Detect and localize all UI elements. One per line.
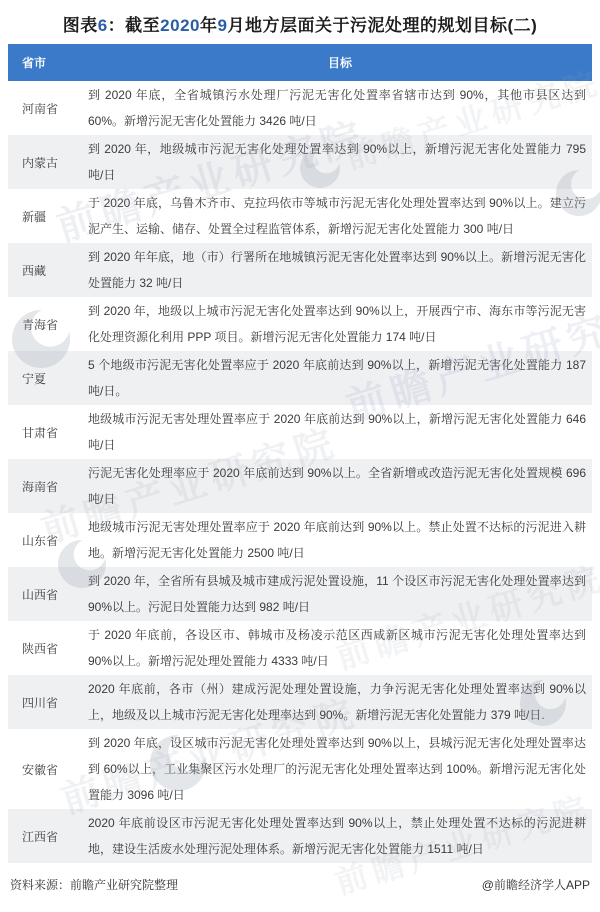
title-text: 年 bbox=[200, 16, 218, 35]
table-row: 河南省到 2020 年底，全省城镇污水处理厂污泥无害化处置率省辖市达到 90%，… bbox=[8, 81, 592, 135]
table-row: 安徽省到 2020 年底，设区城市污泥无害化处理处置率达到 90%以上，县城污泥… bbox=[8, 729, 592, 809]
province-cell: 河南省 bbox=[8, 100, 88, 117]
page-title: 图表6：截至2020年9月地方层面关于污泥处理的规划目标(二) bbox=[0, 0, 600, 44]
table-body: 河南省到 2020 年底，全省城镇污水处理厂污泥无害化处置率省辖市达到 90%，… bbox=[8, 81, 592, 863]
goals-table: 省市 目标 河南省到 2020 年底，全省城镇污水处理厂污泥无害化处置率省辖市达… bbox=[8, 44, 592, 863]
goal-cell: 于 2020 年底，乌鲁木齐市、克拉玛依市等城市污泥无害化处理处置率达到 90%… bbox=[88, 189, 592, 243]
goal-cell: 到 2020 年，地级以上城市污泥无害化处置率达到 90%以上，开展西宁市、海东… bbox=[88, 297, 592, 351]
province-cell: 青海省 bbox=[8, 316, 88, 333]
goal-cell: 到 2020 年年底，地（市）行署所在地城镇污泥无害化处置率达到 90%以上。新… bbox=[88, 243, 592, 297]
table-row: 江西省2020 年底前设区市污泥无害化处理处置率达到 90%以上，禁止处理处置不… bbox=[8, 809, 592, 863]
province-cell: 江西省 bbox=[8, 828, 88, 845]
province-cell: 四川省 bbox=[8, 694, 88, 711]
table-row: 甘肃省地级城市污泥无害处理处置率应于 2020 年底前达到 90%以上，新增污泥… bbox=[8, 405, 592, 459]
province-cell: 山东省 bbox=[8, 532, 88, 549]
footer: 资料来源：前瞻产业研究院整理 @前瞻经济学人APP bbox=[10, 863, 590, 893]
goal-cell: 5 个地级市污泥无害化处置率应于 2020 年底前达到 90%以上，新增污泥无害… bbox=[88, 351, 592, 405]
goal-cell: 到 2020 年，全省所有县城及城市建成污泥处置设施，11 个设区市污泥无害化处… bbox=[88, 567, 592, 621]
table-row: 内蒙古到 2020 年，地级城市污泥无害化处理处置率达到 90%以上，新增污泥无… bbox=[8, 135, 592, 189]
province-cell: 新疆 bbox=[8, 208, 88, 225]
title-text: 月地方层面关于污泥处理的规划目标(二) bbox=[227, 16, 537, 35]
province-cell: 宁夏 bbox=[8, 370, 88, 387]
title-number: 9 bbox=[218, 16, 228, 35]
header-cell-province: 省市 bbox=[8, 54, 88, 71]
table-header-row: 省市 目标 bbox=[8, 44, 592, 81]
title-number: 2020 bbox=[160, 16, 200, 35]
goal-cell: 污泥无害化处理率应于 2020 年底前达到 90%以上。全省新增或改造污泥无害化… bbox=[88, 459, 592, 513]
title-text: ：截至 bbox=[108, 16, 161, 35]
province-cell: 甘肃省 bbox=[8, 424, 88, 441]
table-row: 陕西省于 2020 年底前，各设区市、韩城市及杨凌示范区西咸新区城市污泥无害化处… bbox=[8, 621, 592, 675]
province-cell: 山西省 bbox=[8, 586, 88, 603]
goal-cell: 地级城市污泥无害处理处置率应于 2020 年底前达到 90%以上，新增污泥无害化… bbox=[88, 405, 592, 459]
goal-cell: 到 2020 年，地级城市污泥无害化处理处置率达到 90%以上，新增污泥无害化处… bbox=[88, 135, 592, 189]
title-text: 图表 bbox=[63, 16, 98, 35]
table-row: 新疆于 2020 年底，乌鲁木齐市、克拉玛依市等城市污泥无害化处理处置率达到 9… bbox=[8, 189, 592, 243]
table-row: 青海省到 2020 年，地级以上城市污泥无害化处置率达到 90%以上，开展西宁市… bbox=[8, 297, 592, 351]
province-cell: 西藏 bbox=[8, 262, 88, 279]
goal-cell: 到 2020 年底，全省城镇污水处理厂污泥无害化处置率省辖市达到 90%，其他市… bbox=[88, 81, 592, 135]
goal-cell: 2020 年底前设区市污泥无害化处理处置率达到 90%以上，禁止处理处置不达标的… bbox=[88, 809, 592, 863]
title-number: 6 bbox=[98, 16, 108, 35]
source-note: 资料来源：前瞻产业研究院整理 bbox=[10, 876, 178, 893]
header-cell-goal: 目标 bbox=[88, 54, 592, 71]
table-row: 山东省地级城市污泥无害处理处置率应于 2020 年底前达到 90%以上。禁止处置… bbox=[8, 513, 592, 567]
province-cell: 海南省 bbox=[8, 478, 88, 495]
table-row: 四川省2020 年底前，各市（州）建成污泥处理处置设施，力争污泥无害化处理处置率… bbox=[8, 675, 592, 729]
goal-cell: 地级城市污泥无害处理处置率应于 2020 年底前达到 90%以上。禁止处置不达标… bbox=[88, 513, 592, 567]
goal-cell: 到 2020 年底，设区城市污泥无害化处理处置率达到 90%以上，县城污泥无害化… bbox=[88, 729, 592, 809]
goal-cell: 于 2020 年底前，各设区市、韩城市及杨凌示范区西咸新区城市污泥无害化处理处置… bbox=[88, 621, 592, 675]
province-cell: 安徽省 bbox=[8, 761, 88, 778]
table-row: 宁夏5 个地级市污泥无害化处置率应于 2020 年底前达到 90%以上，新增污泥… bbox=[8, 351, 592, 405]
table-row: 西藏到 2020 年年底，地（市）行署所在地城镇污泥无害化处置率达到 90%以上… bbox=[8, 243, 592, 297]
goal-cell: 2020 年底前，各市（州）建成污泥处理处置设施，力争污泥无害化处理处置率达到 … bbox=[88, 675, 592, 729]
province-cell: 陕西省 bbox=[8, 640, 88, 657]
table-row: 山西省到 2020 年，全省所有县城及城市建成污泥处置设施，11 个设区市污泥无… bbox=[8, 567, 592, 621]
province-cell: 内蒙古 bbox=[8, 154, 88, 171]
table-row: 海南省污泥无害化处理率应于 2020 年底前达到 90%以上。全省新增或改造污泥… bbox=[8, 459, 592, 513]
credit-note: @前瞻经济学人APP bbox=[482, 876, 590, 893]
